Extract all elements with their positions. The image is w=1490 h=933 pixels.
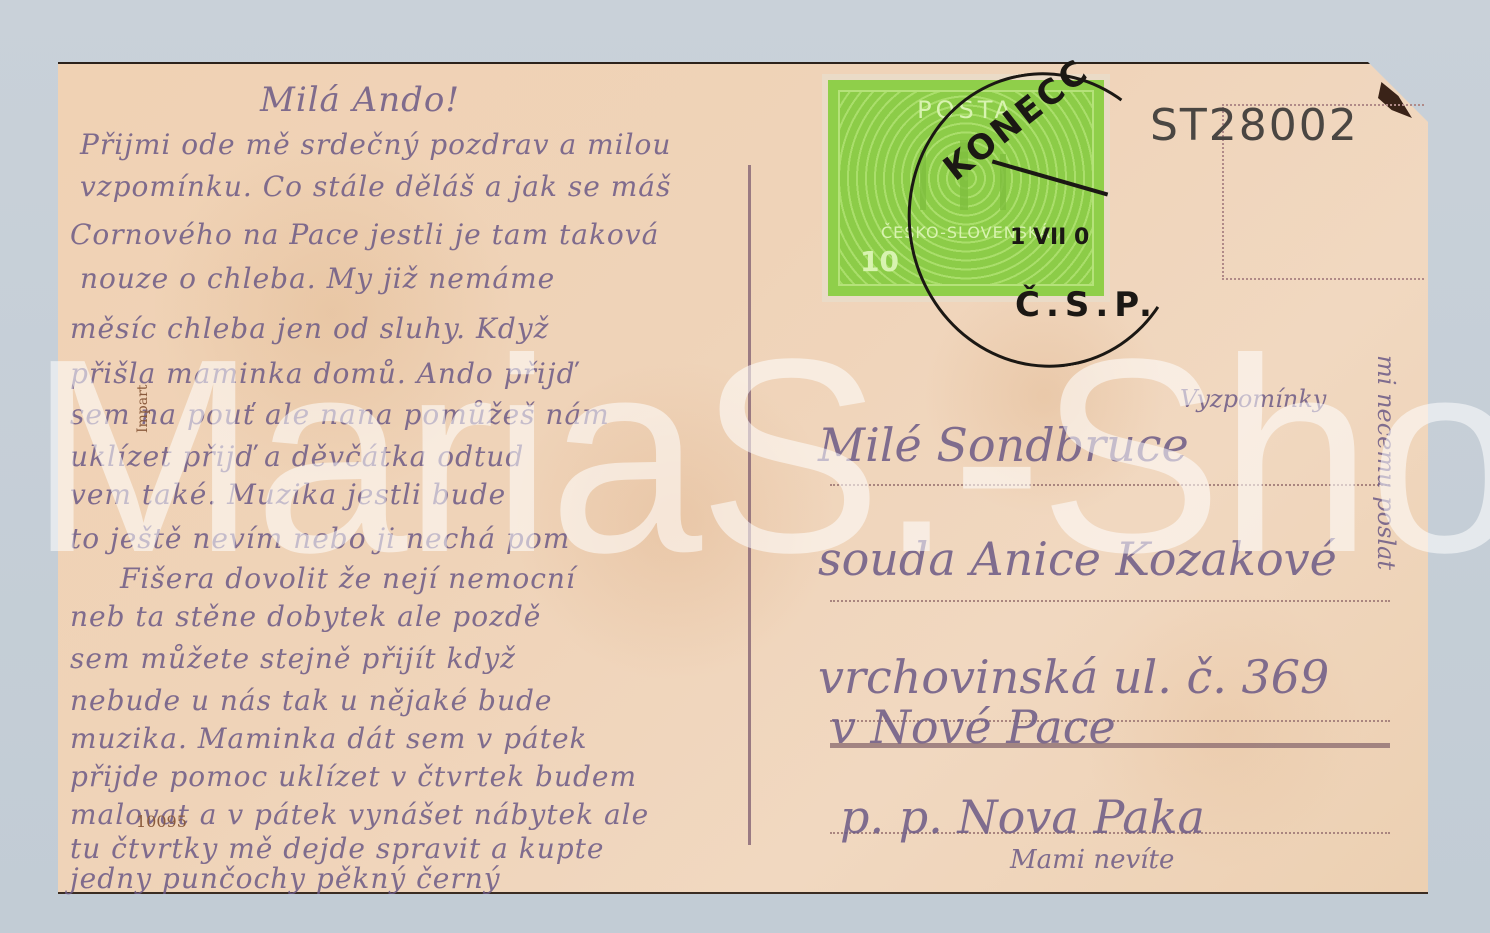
printed-number: 10095 xyxy=(136,812,187,831)
pencil-reference: ST28002 xyxy=(1150,100,1359,151)
margin-note: Mami nevíte xyxy=(1010,845,1174,875)
message-line: přijde pomoc uklízet v čtvrtek budem xyxy=(70,760,637,793)
message-line: Cornového na Pace jestli je tam taková xyxy=(70,218,659,251)
watermark: MariaS.-Sho xyxy=(28,318,1490,594)
address-line: p. p. Nova Paka xyxy=(840,790,1205,844)
stamp-value: 10 xyxy=(860,245,899,278)
message-line: jedny punčochy pěkný černý xyxy=(70,862,501,895)
message-line: tu čtvrtky mě dejde spravit a kupte xyxy=(70,832,605,865)
message-line: Milá Ando! xyxy=(260,80,460,120)
message-line: sem můžete stejně přijít když xyxy=(70,642,516,675)
message-line: vzpomínku. Co stále děláš a jak se máš xyxy=(80,170,671,203)
message-line: nebude u nás tak u nějaké bude xyxy=(70,684,553,717)
address-line: v Nové Pace xyxy=(830,700,1116,754)
message-line: Přijmi ode mě srdečný pozdrav a milou xyxy=(80,128,671,161)
postmark-date: 1 VII 0 xyxy=(1010,225,1089,250)
message-line: muzika. Maminka dát sem v pátek xyxy=(70,722,588,755)
message-line: nouze o chleba. My již nemáme xyxy=(80,262,555,295)
address-line: vrchovinská ul. č. 369 xyxy=(818,650,1329,704)
